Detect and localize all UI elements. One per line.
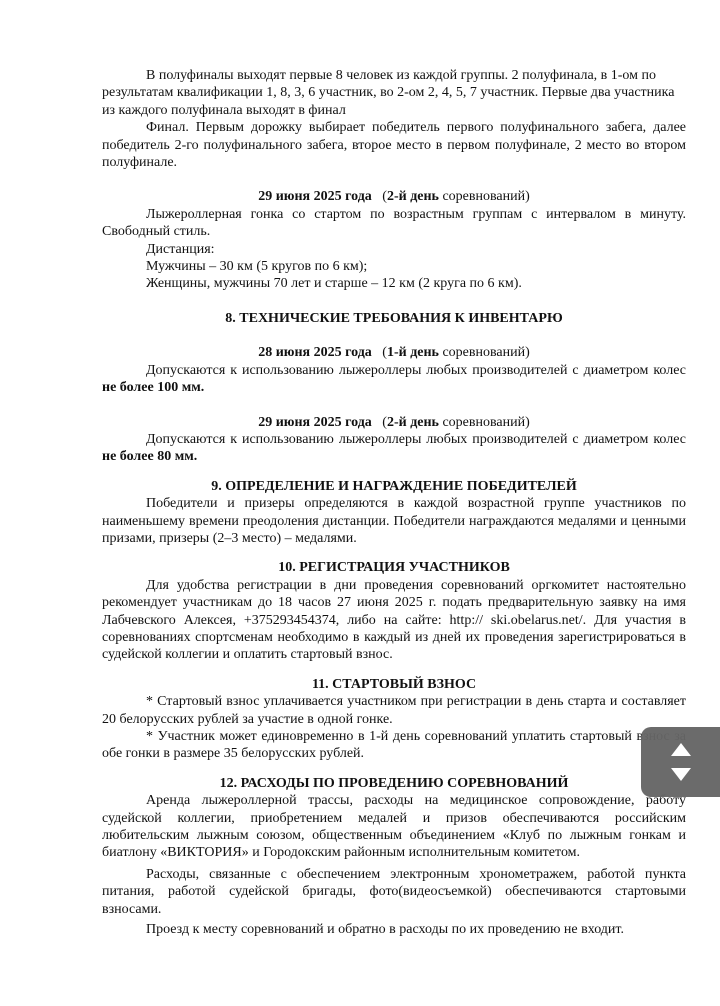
section-12-para-3: Проезд к месту соревнований и обратно в … bbox=[102, 921, 686, 938]
section-8-day2-text: Допускаются к использованию лыжероллеры … bbox=[102, 431, 686, 466]
distance-label: Дистанция: bbox=[102, 241, 686, 258]
semifinal-paragraph: В полуфиналы выходят первые 8 человек из… bbox=[102, 67, 686, 119]
triangle-up-icon bbox=[671, 743, 691, 756]
distance-men: Мужчины – 30 км (5 кругов по 6 км); bbox=[102, 258, 686, 275]
section-8-day1-text: Допускаются к использованию лыжероллеры … bbox=[102, 362, 686, 397]
day2-race-date: 29 июня 2025 года (2-й день соревнований… bbox=[102, 188, 686, 205]
section-12-para-2: Расходы, связанные с обеспечением электр… bbox=[102, 866, 686, 918]
scroll-up-button[interactable] bbox=[641, 727, 720, 762]
section-8-day1-date: 28 июня 2025 года (1-й день соревнований… bbox=[102, 344, 686, 361]
final-paragraph: Финал. Первым дорожку выбирает победител… bbox=[102, 119, 686, 171]
triangle-down-icon bbox=[671, 768, 691, 781]
distance-women: Женщины, мужчины 70 лет и старше – 12 км… bbox=[102, 275, 686, 292]
section-8-title: 8. ТЕХНИЧЕСКИЕ ТРЕБОВАНИЯ К ИНВЕНТАРЮ bbox=[102, 310, 686, 327]
document-page: В полуфиналы выходят первые 8 человек из… bbox=[102, 67, 686, 938]
section-12-title: 12. РАСХОДЫ ПО ПРОВЕДЕНИЮ СОРЕВНОВАНИЙ bbox=[102, 775, 686, 792]
section-11-title: 11. СТАРТОВЫЙ ВЗНОС bbox=[102, 676, 686, 693]
section-11-item-2: * Участник может единовременно в 1-й ден… bbox=[102, 728, 686, 763]
day2-race-description: Лыжероллерная гонка со стартом по возрас… bbox=[102, 206, 686, 241]
page-scroll-widget bbox=[641, 727, 720, 797]
section-11-item-1: * Стартовый взнос уплачивается участнико… bbox=[102, 693, 686, 728]
section-10-title: 10. РЕГИСТРАЦИЯ УЧАСТНИКОВ bbox=[102, 559, 686, 576]
section-9-text: Победители и призеры определяются в кажд… bbox=[102, 495, 686, 547]
section-8-day2-date: 29 июня 2025 года (2-й день соревнований… bbox=[102, 414, 686, 431]
section-10-text: Для удобства регистрации в дни проведени… bbox=[102, 577, 686, 664]
section-12-para-1: Аренда лыжероллерной трассы, расходы на … bbox=[102, 792, 686, 862]
day2-date: 29 июня 2025 года bbox=[258, 189, 372, 204]
section-9-title: 9. ОПРЕДЕЛЕНИЕ И НАГРАЖДЕНИЕ ПОБЕДИТЕЛЕЙ bbox=[102, 478, 686, 495]
scroll-down-button[interactable] bbox=[641, 762, 720, 797]
